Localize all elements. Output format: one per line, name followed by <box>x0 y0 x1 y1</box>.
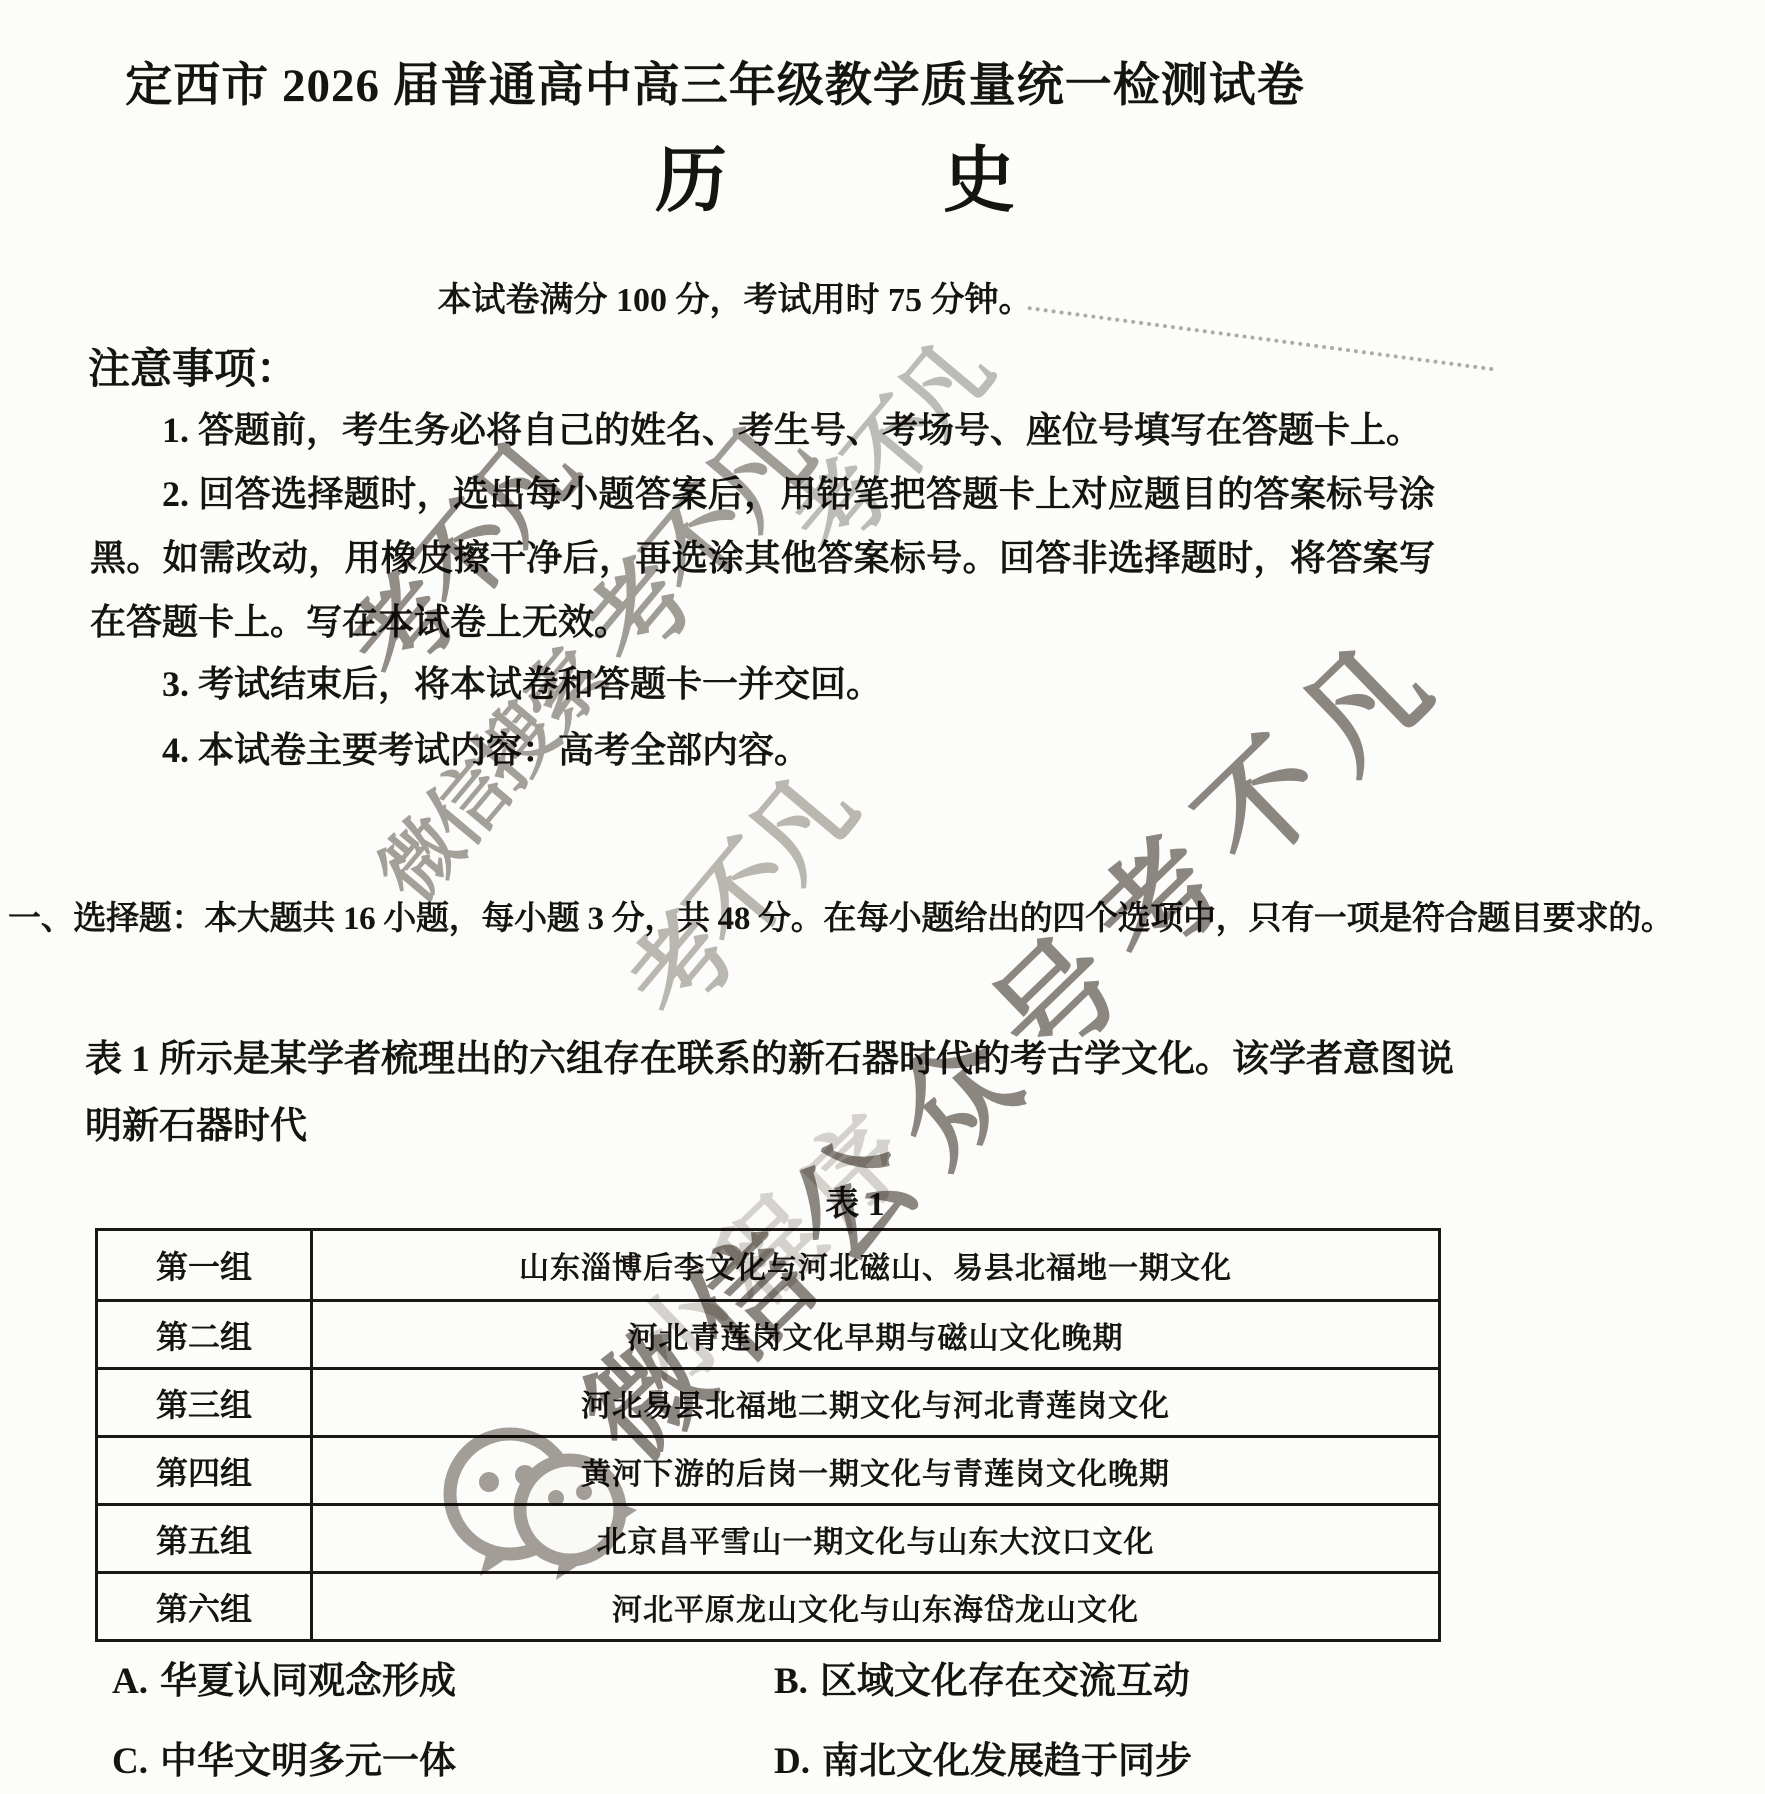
culture-groups-table: 第一组 山东淄博后李文化与河北磁山、易县北福地一期文化 第二组 河北青莲岗文化早… <box>95 1228 1441 1642</box>
subject-title: 历 史 <box>0 122 1670 226</box>
table-caption: 表 1 <box>180 1176 1530 1225</box>
option-d: D.南北文化发展趋于同步 <box>774 1730 1492 1784</box>
notice-item-1: 1. 答题前，考生务必将自己的姓名、考生号、考场号、座位号填写在答题卡上。 <box>90 398 1490 462</box>
table-group-cell: 第五组 <box>98 1503 313 1571</box>
section-one-heading: 一、选择题：本大题共 16 小题，每小题 3 分，共 48 分。在每小题给出的四… <box>8 886 1684 953</box>
options-grid: A.华夏认同观念形成 B.区域文化存在交流互动 C.中华文明多元一体 D.南北文… <box>112 1650 1492 1784</box>
notice-item-2: 2. 回答选择题时，选出每小题答案后，用铅笔把答题卡上对应题目的答案标号涂黑。如… <box>90 462 1435 654</box>
table-cultures-cell: 河北青莲岗文化早期与磁山文化晚期 <box>313 1299 1438 1367</box>
option-c-label: C. <box>112 1741 148 1782</box>
table-group-cell: 第二组 <box>98 1299 313 1367</box>
option-c-text: 中华文明多元一体 <box>160 1741 456 1782</box>
option-b: B.区域文化存在交流互动 <box>774 1650 1492 1704</box>
table-group-cell: 第一组 <box>98 1231 313 1299</box>
exam-paper-page: 定西市 2026 届普通高中高三年级教学质量统一检测试卷 历 史 本试卷满分 1… <box>0 0 1765 1794</box>
question-stem: 表 1 所示是某学者梳理出的六组存在联系的新石器时代的考古学文化。该学者意图说明… <box>85 1026 1485 1160</box>
notices-heading: 注意事项： <box>88 336 298 396</box>
option-d-label: D. <box>774 1741 810 1782</box>
table-group-cell: 第三组 <box>98 1367 313 1435</box>
table-group-cell: 第六组 <box>98 1571 313 1639</box>
option-c: C.中华文明多元一体 <box>112 1730 774 1784</box>
option-a: A.华夏认同观念形成 <box>112 1650 774 1704</box>
paper-title: 定西市 2026 届普通高中高三年级教学质量统一检测试卷 <box>90 48 1340 115</box>
option-d-text: 南北文化发展趋于同步 <box>822 1741 1192 1782</box>
option-b-label: B. <box>774 1661 808 1702</box>
table-cultures-cell: 山东淄博后李文化与河北磁山、易县北福地一期文化 <box>313 1231 1438 1299</box>
option-a-label: A. <box>112 1661 148 1702</box>
notice-item-3: 3. 考试结束后，将本试卷和答题卡一并交回。 <box>90 652 1440 716</box>
wechat-logo-icon <box>432 1418 642 1596</box>
notice-item-4: 4. 本试卷主要考试内容：高考全部内容。 <box>90 718 1440 782</box>
exam-info: 本试卷满分 100 分，考试用时 75 分钟。 <box>90 272 1380 321</box>
option-b-text: 区域文化存在交流互动 <box>820 1661 1190 1702</box>
option-a-text: 华夏认同观念形成 <box>160 1661 456 1702</box>
table-group-cell: 第四组 <box>98 1435 313 1503</box>
